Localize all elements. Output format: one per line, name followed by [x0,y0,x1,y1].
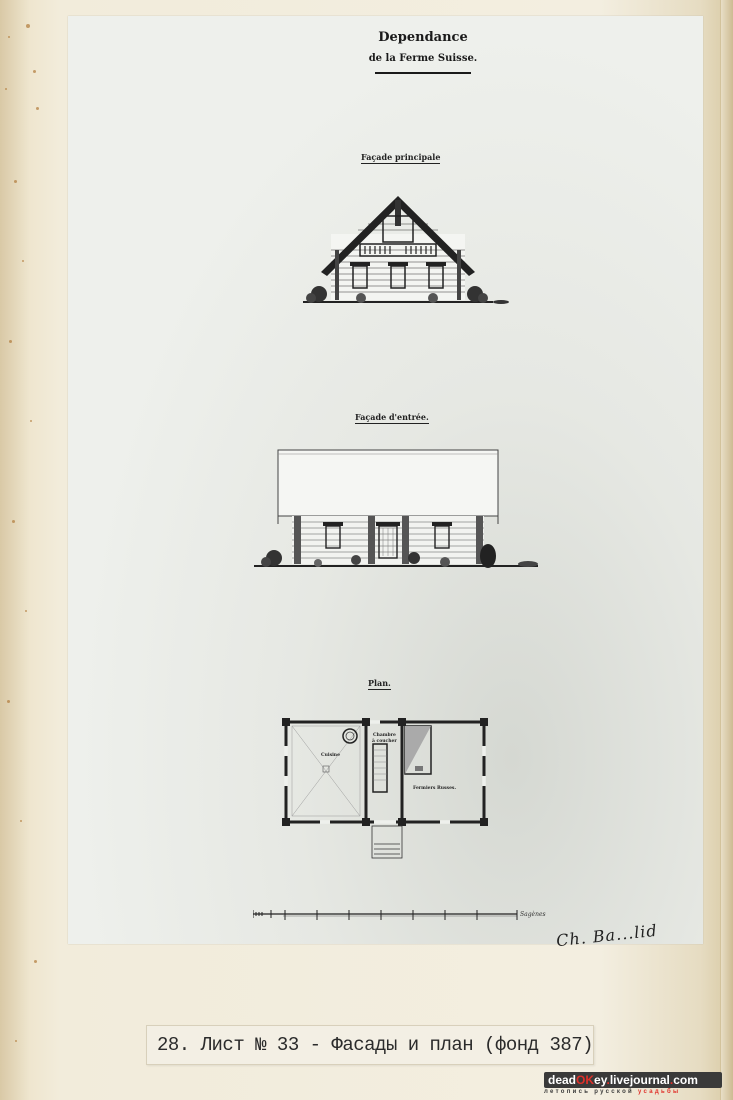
room-bedroom-label-line1: Chambre [373,733,396,738]
foxing-spot [22,260,24,262]
blueprint-photo: Dependance de la Ferme Suisse. Façade pr… [68,16,703,944]
wm-part: dead [548,1073,576,1087]
sheet-title: Dependance de la Ferme Suisse. [338,30,508,74]
wm-sub-accent: усадьбы [638,1089,680,1095]
main-facade-drawing [283,190,513,315]
sheet-title-line2: de la Ferme Suisse. [338,53,508,64]
foxing-spot [30,420,32,422]
scale-unit-label: Sagènes [520,911,546,918]
wm-part: ey [594,1073,606,1087]
wm-part-accent: OK [576,1073,594,1087]
foxing-spot [9,340,12,343]
title-underline [375,72,471,74]
foxing-spot [26,24,30,28]
caption-text: 28. Лист № 33 - Фасады и план (фонд 387) [157,1034,593,1056]
room-bedroom-label-line2: à coucher [372,739,397,744]
main-facade-label: Façade principale [361,152,440,164]
wm-sub-main: летопись русской [544,1089,634,1095]
foxing-spot [7,700,10,703]
foxing-spot [8,36,10,38]
room-farmers-label: Fermiers Russes. [413,786,456,791]
wm-part: com [673,1073,698,1087]
sheet-title-line1: Dependance [338,30,508,45]
watermark-subtitle: летопись русской усадьбы [544,1089,722,1095]
room-kitchen-label: Cuisine [321,753,340,758]
watermark-site: deadOKey.livejournal.com [544,1072,722,1088]
entrance-facade-label: Façade d'entrée. [355,412,429,424]
plan-label: Plan. [368,678,391,690]
foxing-spot [15,1040,17,1042]
foxing-spot [36,107,39,110]
caption-label: 28. Лист № 33 - Фасады и план (фонд 387) [146,1025,594,1065]
wm-part: livejournal [610,1073,670,1087]
album-page-edge [720,0,733,1100]
foxing-spot [14,180,17,183]
foxing-spot [5,88,7,90]
watermark: deadOKey.livejournal.com летопись русско… [544,1072,722,1096]
scale-bar [253,908,523,924]
foxing-spot [34,960,37,963]
entrance-facade-drawing [248,444,548,574]
foxing-spot [12,520,15,523]
foxing-spot [33,70,36,73]
foxing-spot [20,820,22,822]
foxing-spot [25,610,27,612]
